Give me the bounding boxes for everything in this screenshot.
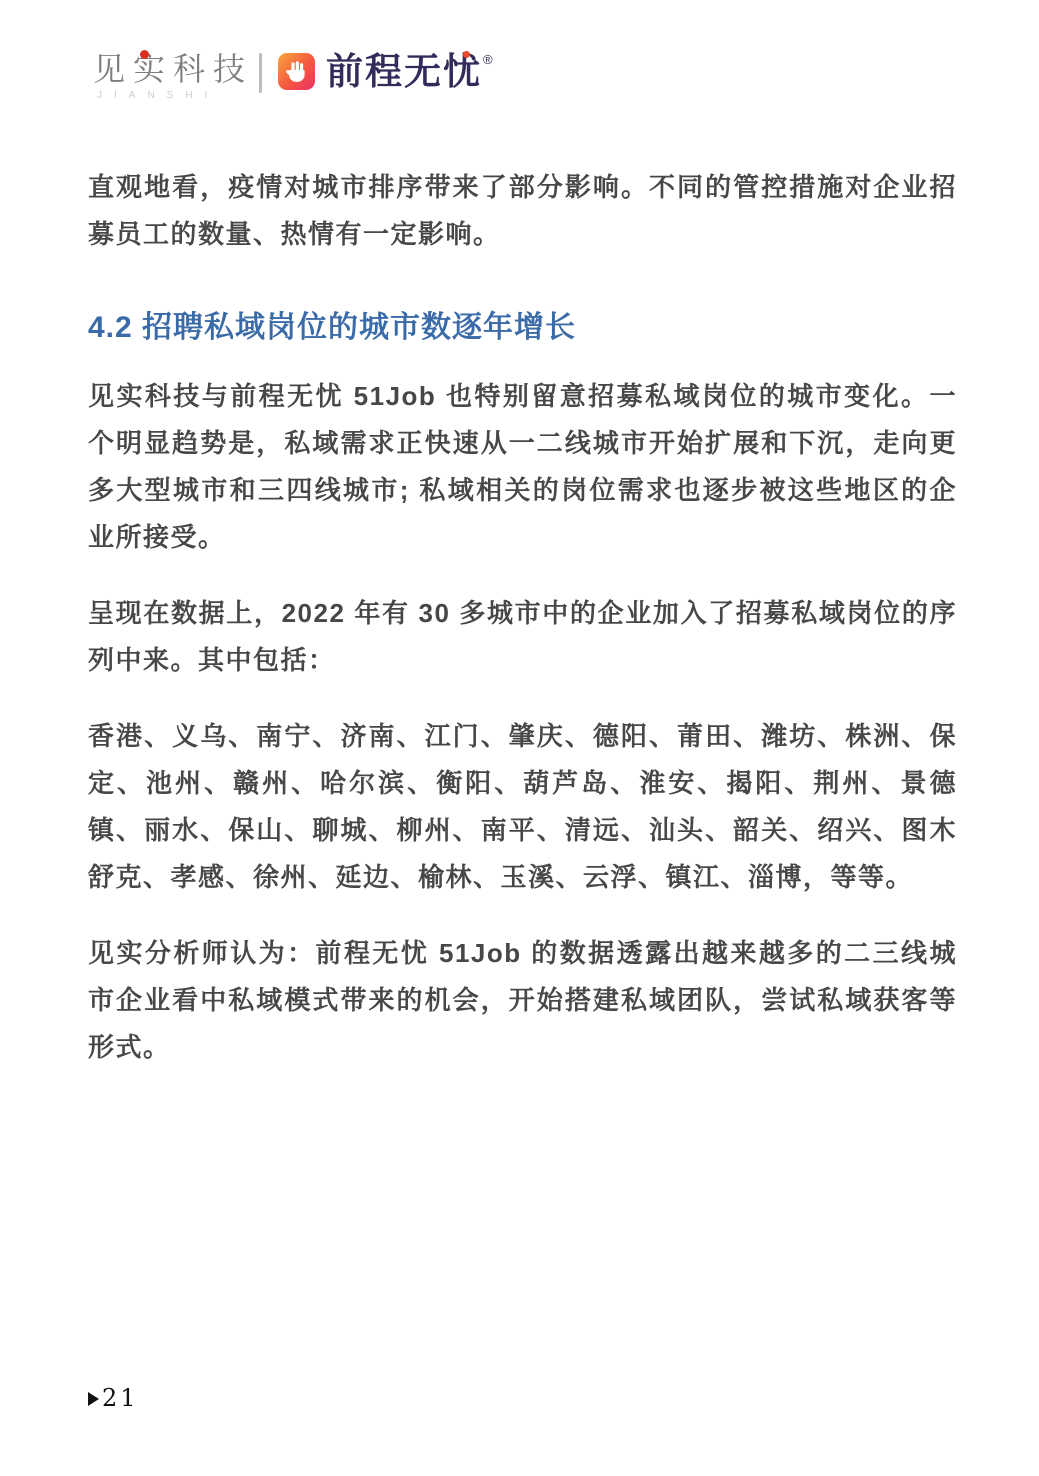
jianshi-logo: 见实科技 JIANSHI [93,50,253,101]
page-footer: 21 [88,1384,139,1412]
51job-logo-text: 前程无忧 [326,50,482,94]
brand-separator [259,53,262,93]
51job-hand-icon [278,53,315,90]
page-number: 21 [102,1384,139,1412]
paragraph-city-list: 香港、义乌、南宁、济南、江门、肇庆、德阳、莆田、潍坊、株洲、保定、池州、赣州、哈… [88,713,957,901]
jianshi-logo-text: 见实科技 [93,50,253,88]
jianshi-logo-subtext: JIANSHI [93,90,253,101]
triangle-right-icon [88,1392,99,1406]
red-dot-icon [140,50,149,59]
paragraph-analyst-view: 见实分析师认为：前程无忧 51Job 的数据透露出越来越多的二三线城市企业看中私… [88,930,957,1071]
paragraph-trend: 见实科技与前程无忧 51Job 也特别留意招募私域岗位的城市变化。一个明显趋势是… [88,373,957,561]
registered-mark: ® [483,52,493,67]
red-dot-icon [463,51,470,58]
paragraph-data: 呈现在数据上，2022 年有 30 多城市中的企业加入了招募私域岗位的序列中来。… [88,590,957,684]
51job-logo: 前程无忧 ® [326,50,493,94]
document-body: 直观地看，疫情对城市排序带来了部分影响。不同的管控措施对企业招募员工的数量、热情… [88,164,957,1100]
document-page: 见实科技 JIANSHI 前程无忧 ® 直观地看，疫情对城市排序带来了部分影响。… [0,0,1039,1476]
brand-header: 见实科技 JIANSHI 前程无忧 ® [93,50,493,101]
paragraph-intro: 直观地看，疫情对城市排序带来了部分影响。不同的管控措施对企业招募员工的数量、热情… [88,164,957,258]
section-heading: 4.2 招聘私域岗位的城市数逐年增长 [88,308,957,348]
